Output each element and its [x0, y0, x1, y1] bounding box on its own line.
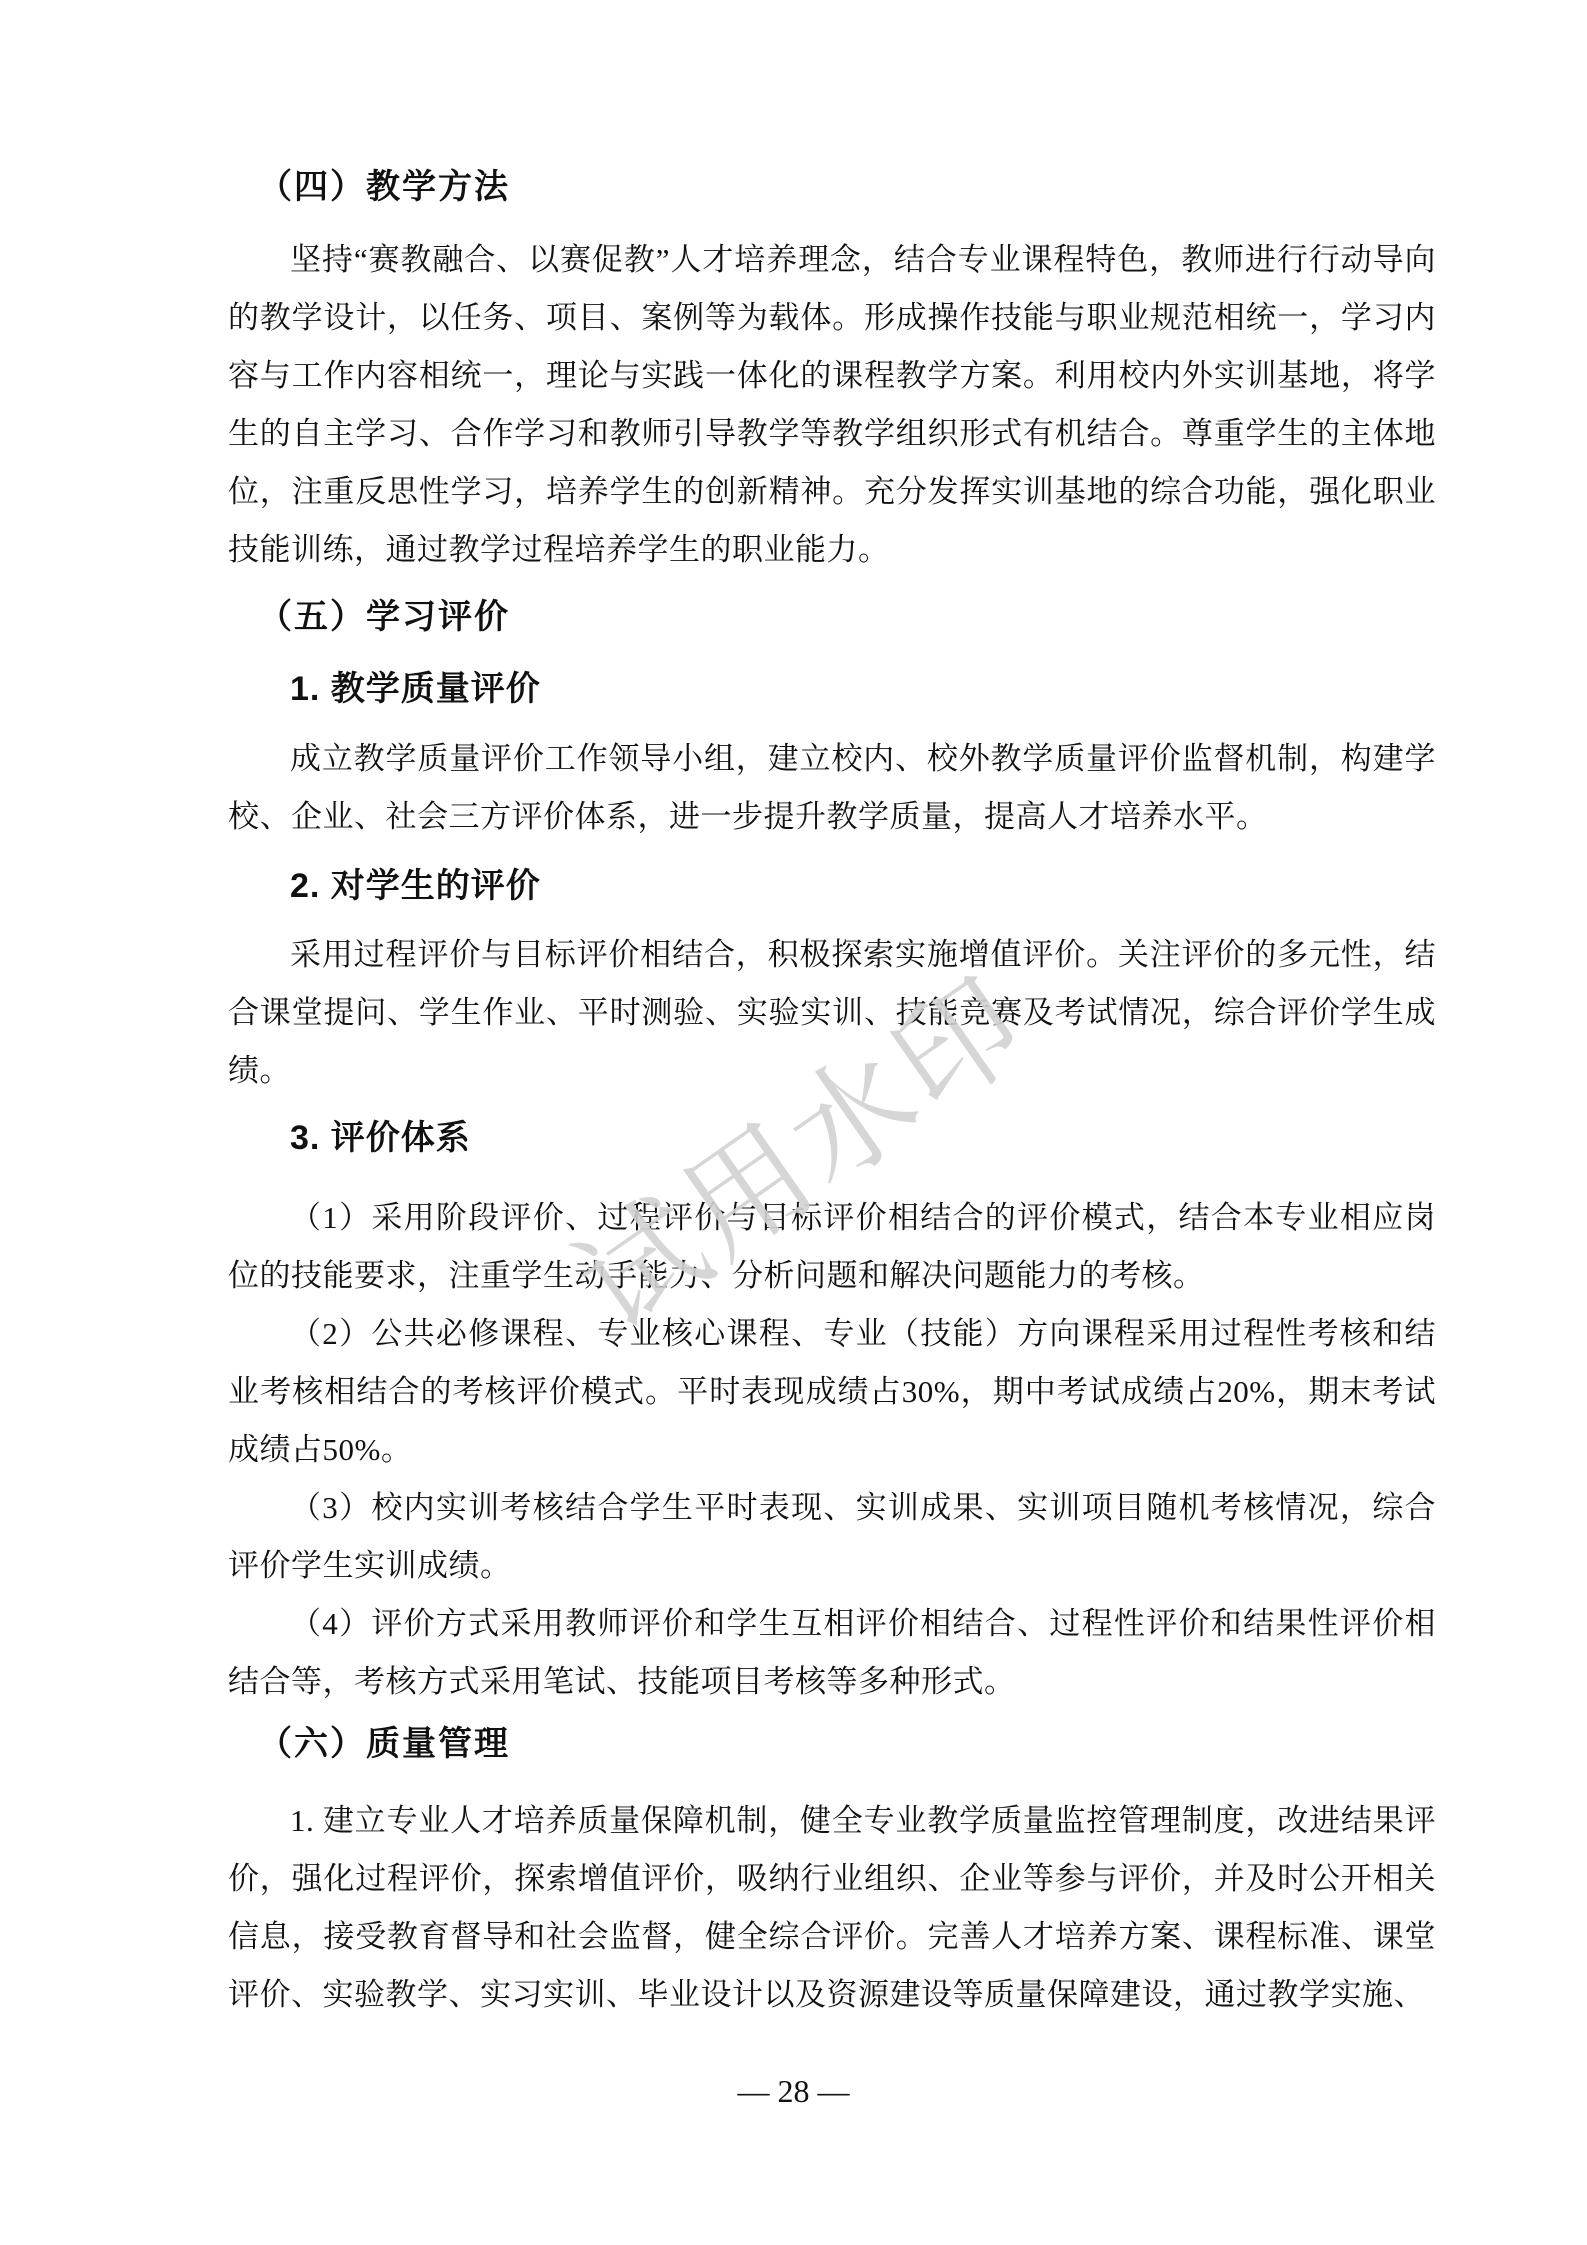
page-number: — 28 —	[0, 2062, 1587, 2120]
paragraph-evaluation-system-item-4: （4）评价方式采用教师评价和学生互相评价相结合、过程性评价和结果性评价相结合等，…	[228, 1595, 1436, 1711]
subheading-evaluation-system: 3. 评价体系	[228, 1109, 1436, 1167]
paragraph-teaching-methods: 坚持“赛教融合、以赛促教”人才培养理念，结合专业课程特色，教师进行行动导向的教学…	[228, 231, 1436, 579]
subheading-student-evaluation: 2. 对学生的评价	[228, 857, 1436, 915]
document-page: 试用水印 （四）教学方法 坚持“赛教融合、以赛促教”人才培养理念，结合专业课程特…	[0, 0, 1587, 2245]
section-heading-teaching-methods: （四）教学方法	[228, 158, 1436, 216]
paragraph-quality-management: 1. 建立专业人才培养质量保障机制，健全专业教学质量监控管理制度，改进结果评价，…	[228, 1792, 1436, 2024]
paragraph-teaching-quality-evaluation: 成立教学质量评价工作领导小组，建立校内、校外教学质量评价监督机制，构建学校、企业…	[228, 730, 1436, 846]
page-content: （四）教学方法 坚持“赛教融合、以赛促教”人才培养理念，结合专业课程特色，教师进…	[228, 158, 1436, 2024]
section-heading-learning-evaluation: （五）学习评价	[228, 588, 1436, 646]
paragraph-student-evaluation: 采用过程评价与目标评价相结合，积极探索实施增值评价。关注评价的多元性，结合课堂提…	[228, 926, 1436, 1100]
subheading-teaching-quality-evaluation: 1. 教学质量评价	[228, 660, 1436, 718]
paragraph-evaluation-system-item-1: （1）采用阶段评价、过程评价与目标评价相结合的评价模式，结合本专业相应岗位的技能…	[228, 1189, 1436, 1305]
paragraph-evaluation-system-item-3: （3）校内实训考核结合学生平时表现、实训成果、实训项目随机考核情况，综合评价学生…	[228, 1479, 1436, 1595]
paragraph-evaluation-system-item-2: （2）公共必修课程、专业核心课程、专业（技能）方向课程采用过程性考核和结业考核相…	[228, 1305, 1436, 1479]
section-heading-quality-management: （六）质量管理	[228, 1715, 1436, 1773]
